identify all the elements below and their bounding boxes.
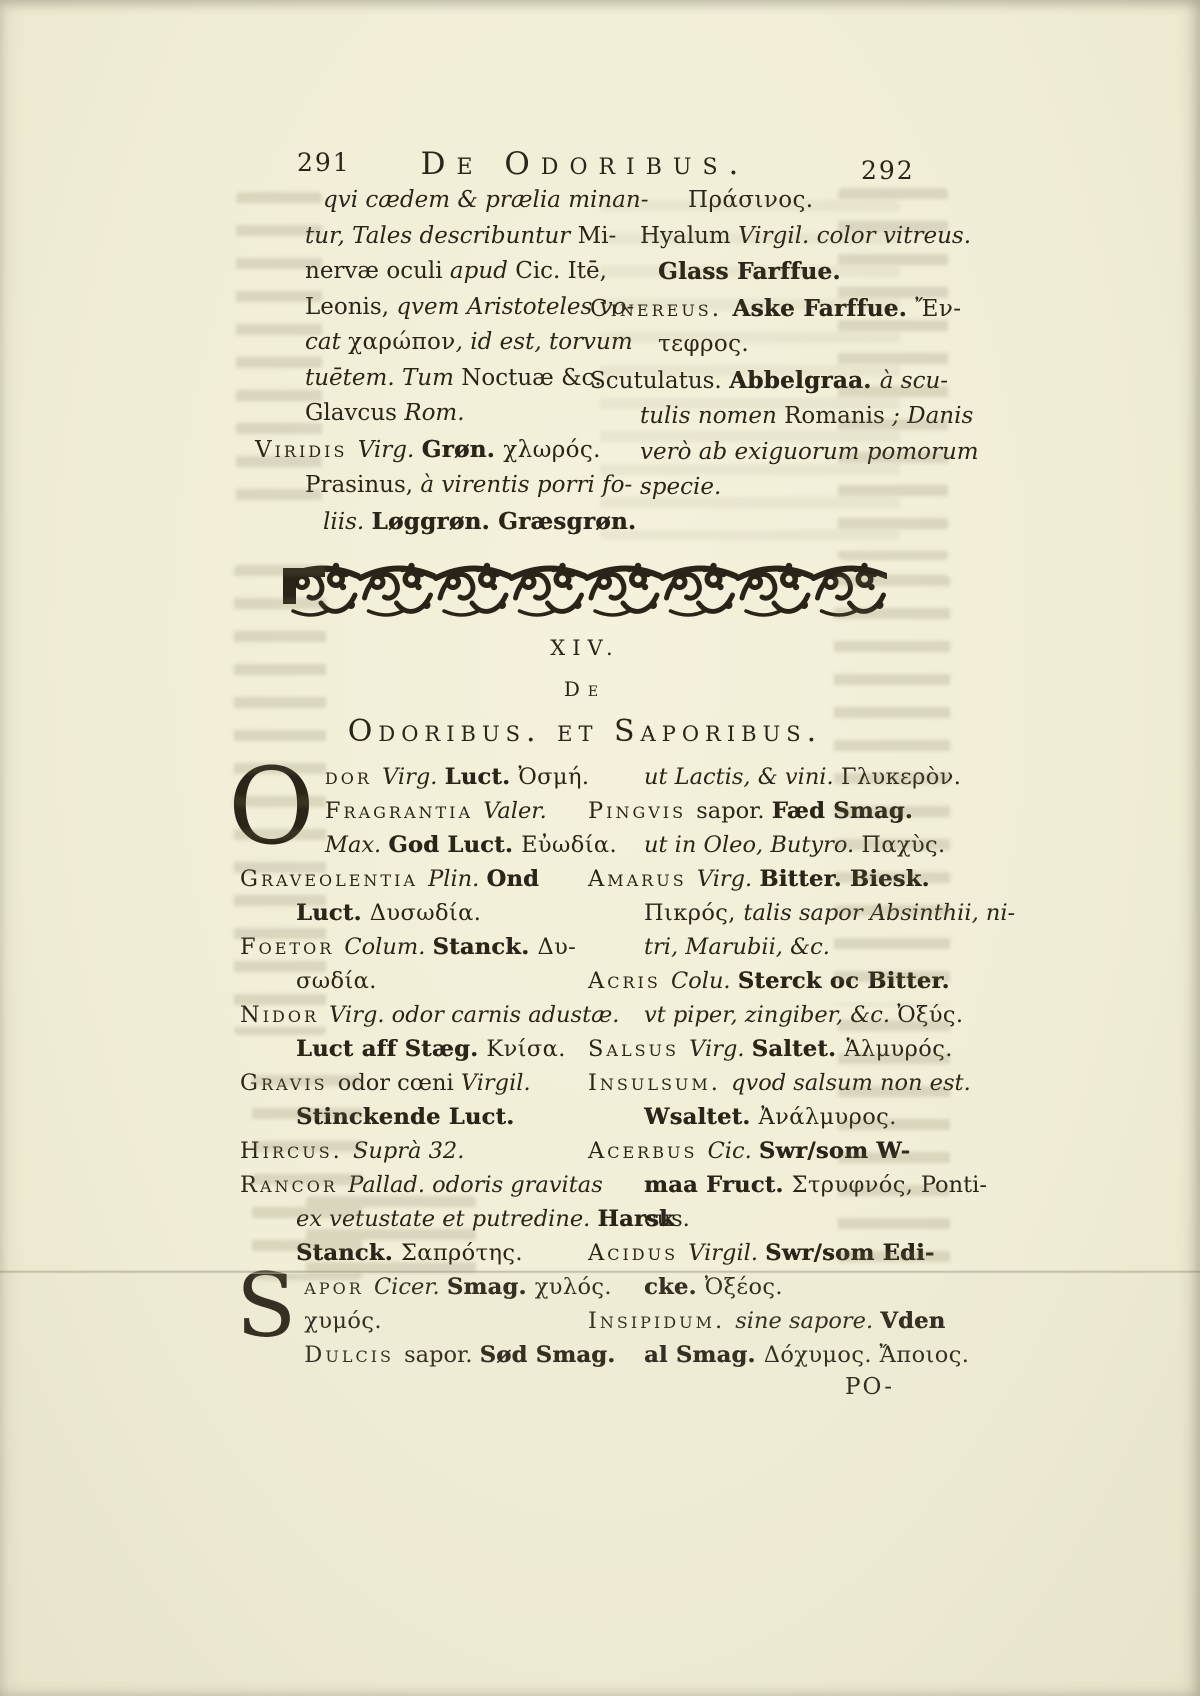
chapter-number: XIV. <box>255 636 915 660</box>
text-line: Glavcus Rom. <box>305 396 607 432</box>
text-line: qvi cædem & prælia minan- <box>323 183 607 219</box>
page-number-right: 292 <box>861 156 915 185</box>
bleed-through-text <box>600 200 900 540</box>
text-line: nervæ oculi apud Cic. Itē, <box>305 254 607 290</box>
bleed-through-text <box>306 1196 476 1280</box>
text-line: σωδία. <box>296 964 592 998</box>
chapter-de: De <box>255 677 915 701</box>
text-line: Luct aff Stæg. Κνίσα. <box>296 1032 592 1066</box>
text-line: tuētem. Tum Noctuæ &c. <box>305 361 607 397</box>
book-page-scan: 291 De Odoribus. 292 qvi cædem & prælia … <box>0 0 1200 1696</box>
page-header: 291 De Odoribus. 292 <box>255 146 915 186</box>
running-title: De Odoribus. <box>255 146 915 182</box>
chapter-title: Odoribus. et Saporibus. <box>255 714 915 749</box>
bleed-through-text <box>834 575 950 1005</box>
chapter-heading: XIV. De Odoribus. et Saporibus. <box>255 636 915 749</box>
bleed-through-text <box>838 1020 950 1278</box>
bleed-through-text <box>236 192 322 522</box>
text-line: tur, Tales describuntur Mi- <box>305 219 607 255</box>
bleed-through-text <box>234 565 326 1035</box>
text-line: Prasinus, à virentis porri fo- <box>305 468 607 504</box>
text-line: liis. Løggrøn. Græsgrøn. <box>323 504 607 541</box>
blank-lower-margin <box>0 1274 1200 1696</box>
ornament-band <box>283 556 887 624</box>
text-line: Luct. Δυσωδία. <box>296 896 592 930</box>
text-line: cat χαρώπον, id est, torvum <box>305 325 607 361</box>
text-line: Leonis, qvem Aristoteles vo- <box>305 290 607 326</box>
